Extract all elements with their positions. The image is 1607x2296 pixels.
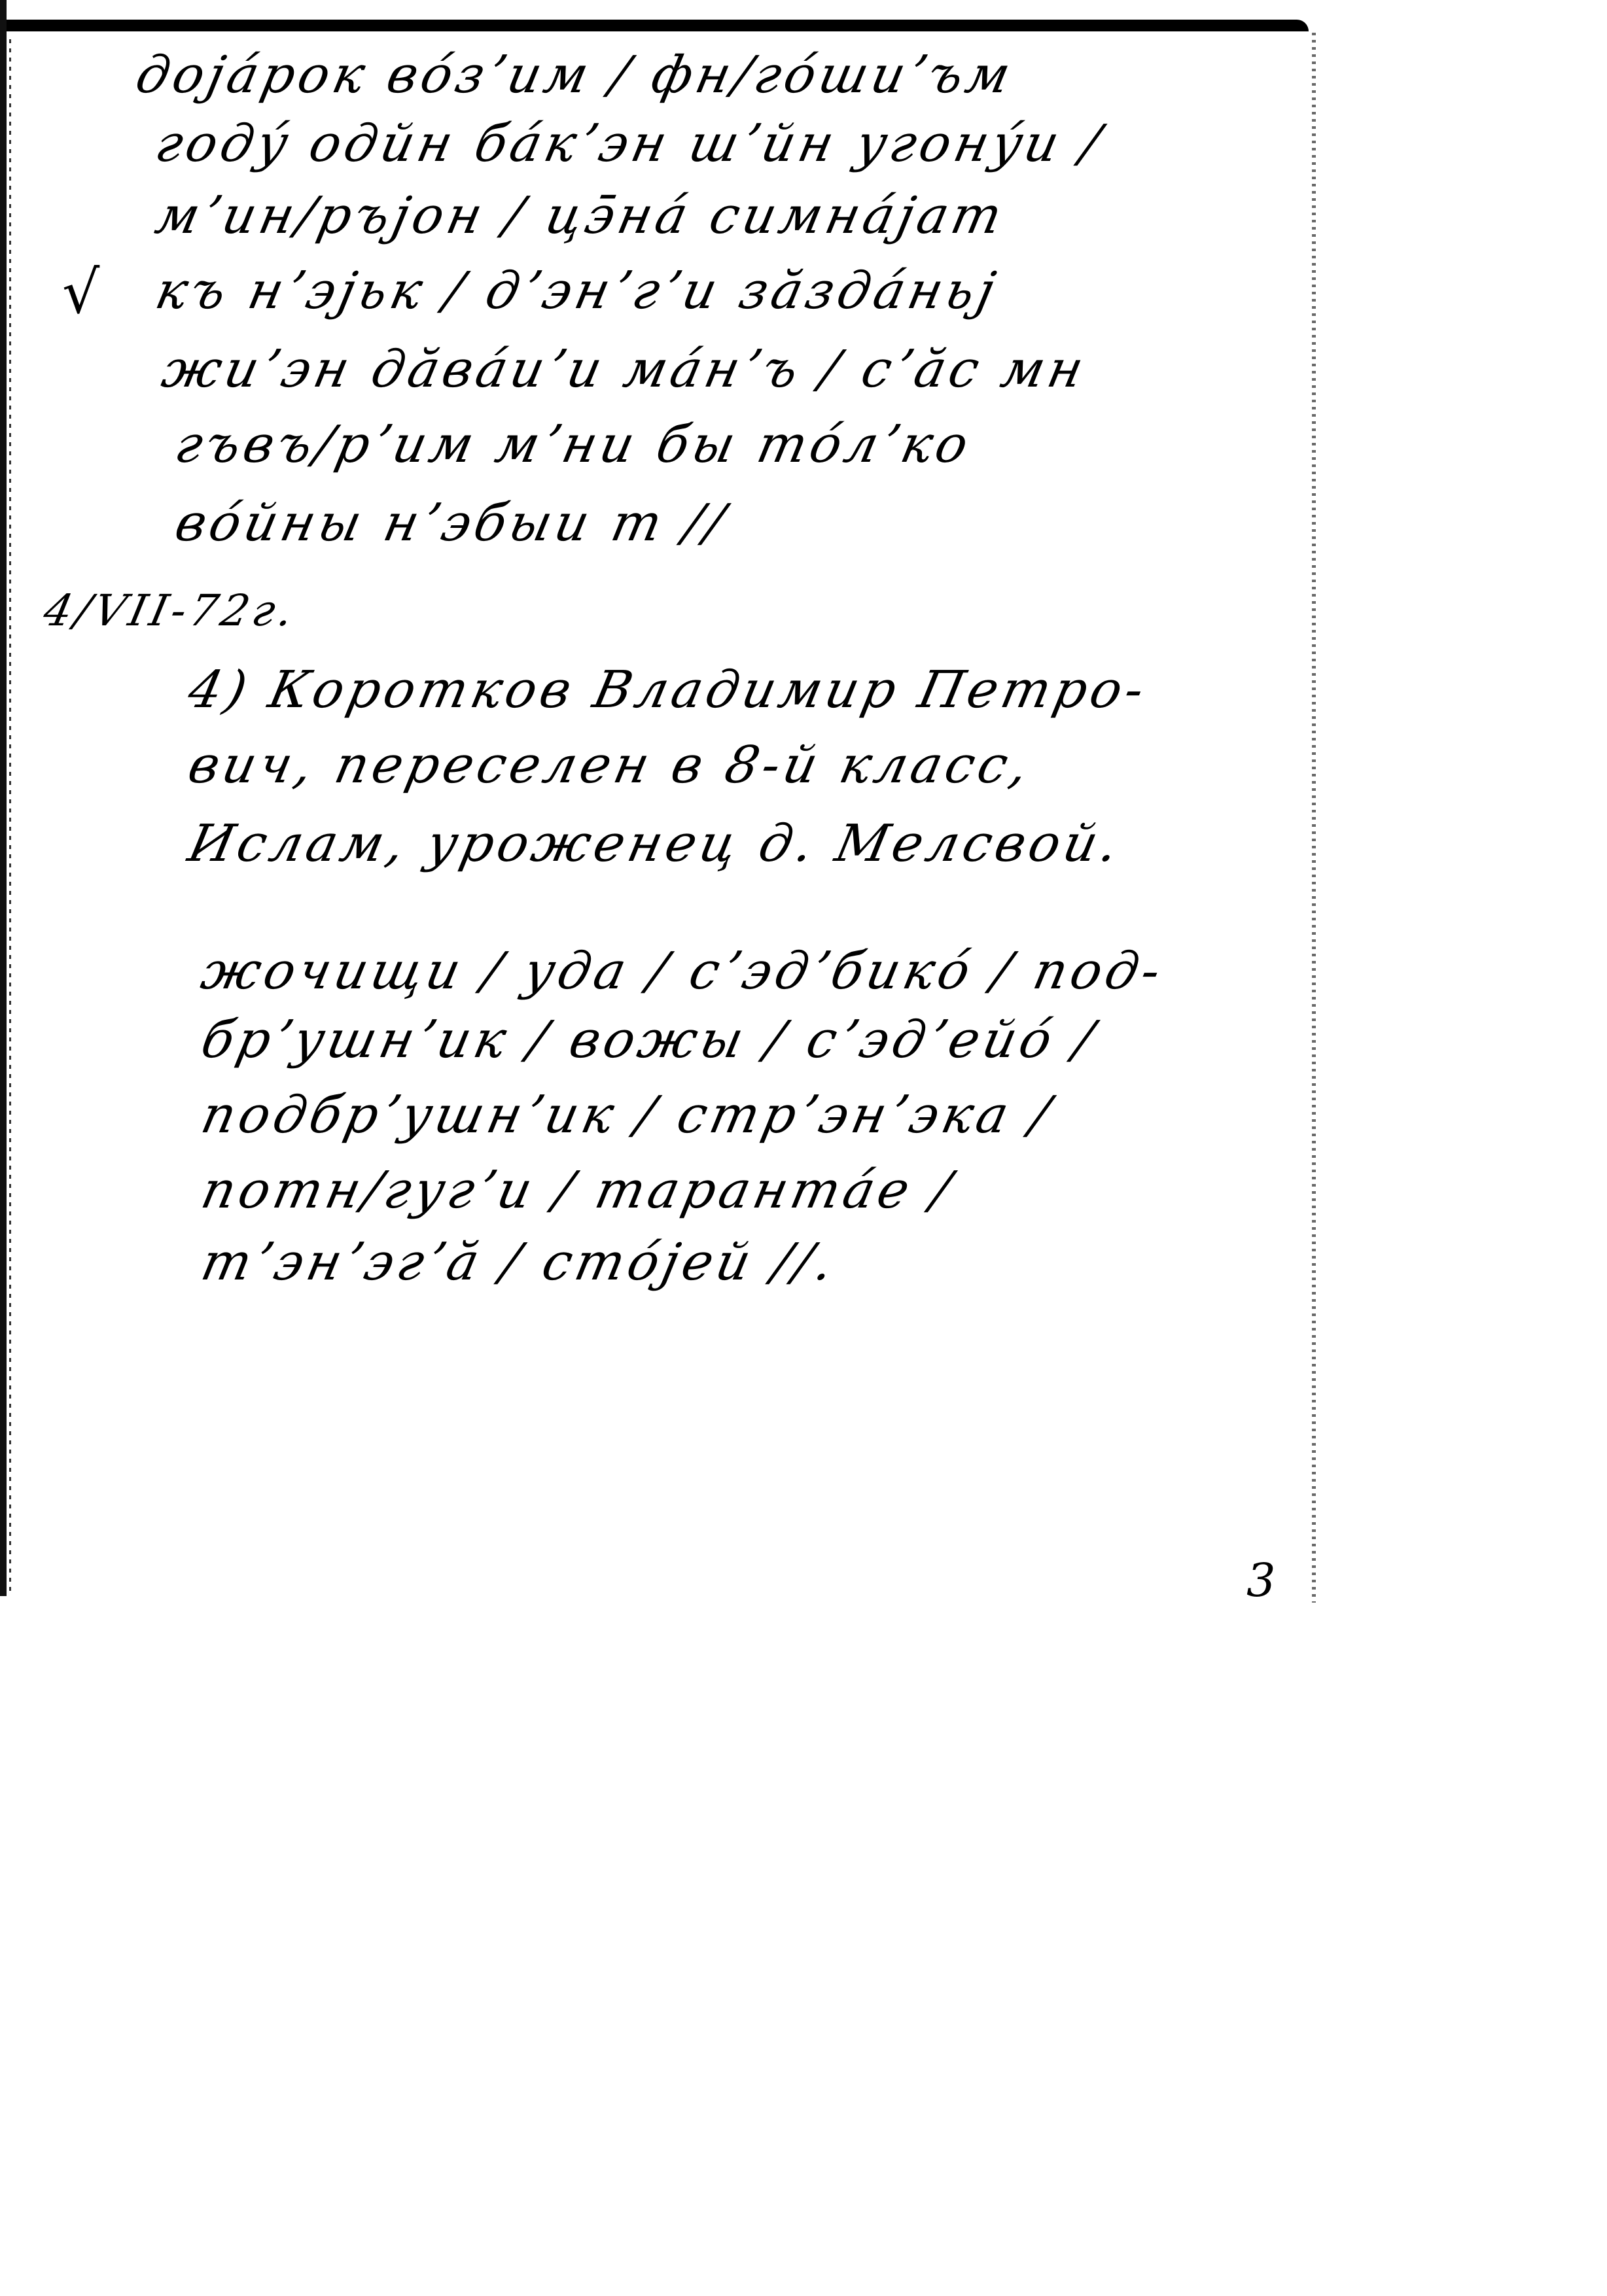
scan-left-dotted-edge bbox=[9, 39, 11, 1596]
check-mark-icon: √ bbox=[62, 258, 99, 327]
text-line: потн/гугʼи / тарантáе / bbox=[196, 1161, 960, 1220]
text-line: тʼэнʼэгʼă / стóјей //. bbox=[196, 1233, 842, 1292]
scan-top-border bbox=[7, 20, 1309, 31]
text-line: жочищи / уда / сʼэдʼбикó / под- bbox=[196, 942, 1169, 1001]
text-line: вич, переселен в 8-й класс, bbox=[183, 736, 1037, 795]
text-line: вóйны нʼэбыи т // bbox=[170, 494, 733, 553]
entry-date: 4/VII-72г. bbox=[39, 585, 302, 636]
text-line: годý одйн бáкʼэн шʼйн угонýи / bbox=[150, 114, 1109, 173]
text-line: 4) Коротков Владимир Петро- bbox=[183, 661, 1153, 720]
text-line: брʼушнʼик / вожы / сʼэдʼейó / bbox=[196, 1011, 1103, 1070]
text-line: мʼин/ръјон / цэ̄нá симнáјат bbox=[150, 186, 1011, 245]
scan-right-edge bbox=[1312, 33, 1316, 1603]
page-number: 3 bbox=[1246, 1554, 1276, 1607]
text-line: къ нʼэјьк / дʼэнʼгʼи зăздáньј bbox=[150, 262, 1004, 321]
scan-left-edge bbox=[0, 0, 7, 1596]
text-line: гъвъ/рʼим мʼни бы тóлʼко bbox=[170, 415, 977, 474]
text-line: подбрʼушнʼик / стрʼэнʼэка / bbox=[196, 1086, 1059, 1145]
text-line: Ислам, уроженец д. Мелсвой. bbox=[183, 814, 1127, 873]
text-line: дојáрок вóзʼим / фн/гóшиʼъм bbox=[131, 46, 1019, 105]
text-line: жиʼэн дăвáиʼи мáнʼъ / сʼăс мн bbox=[157, 340, 1092, 399]
